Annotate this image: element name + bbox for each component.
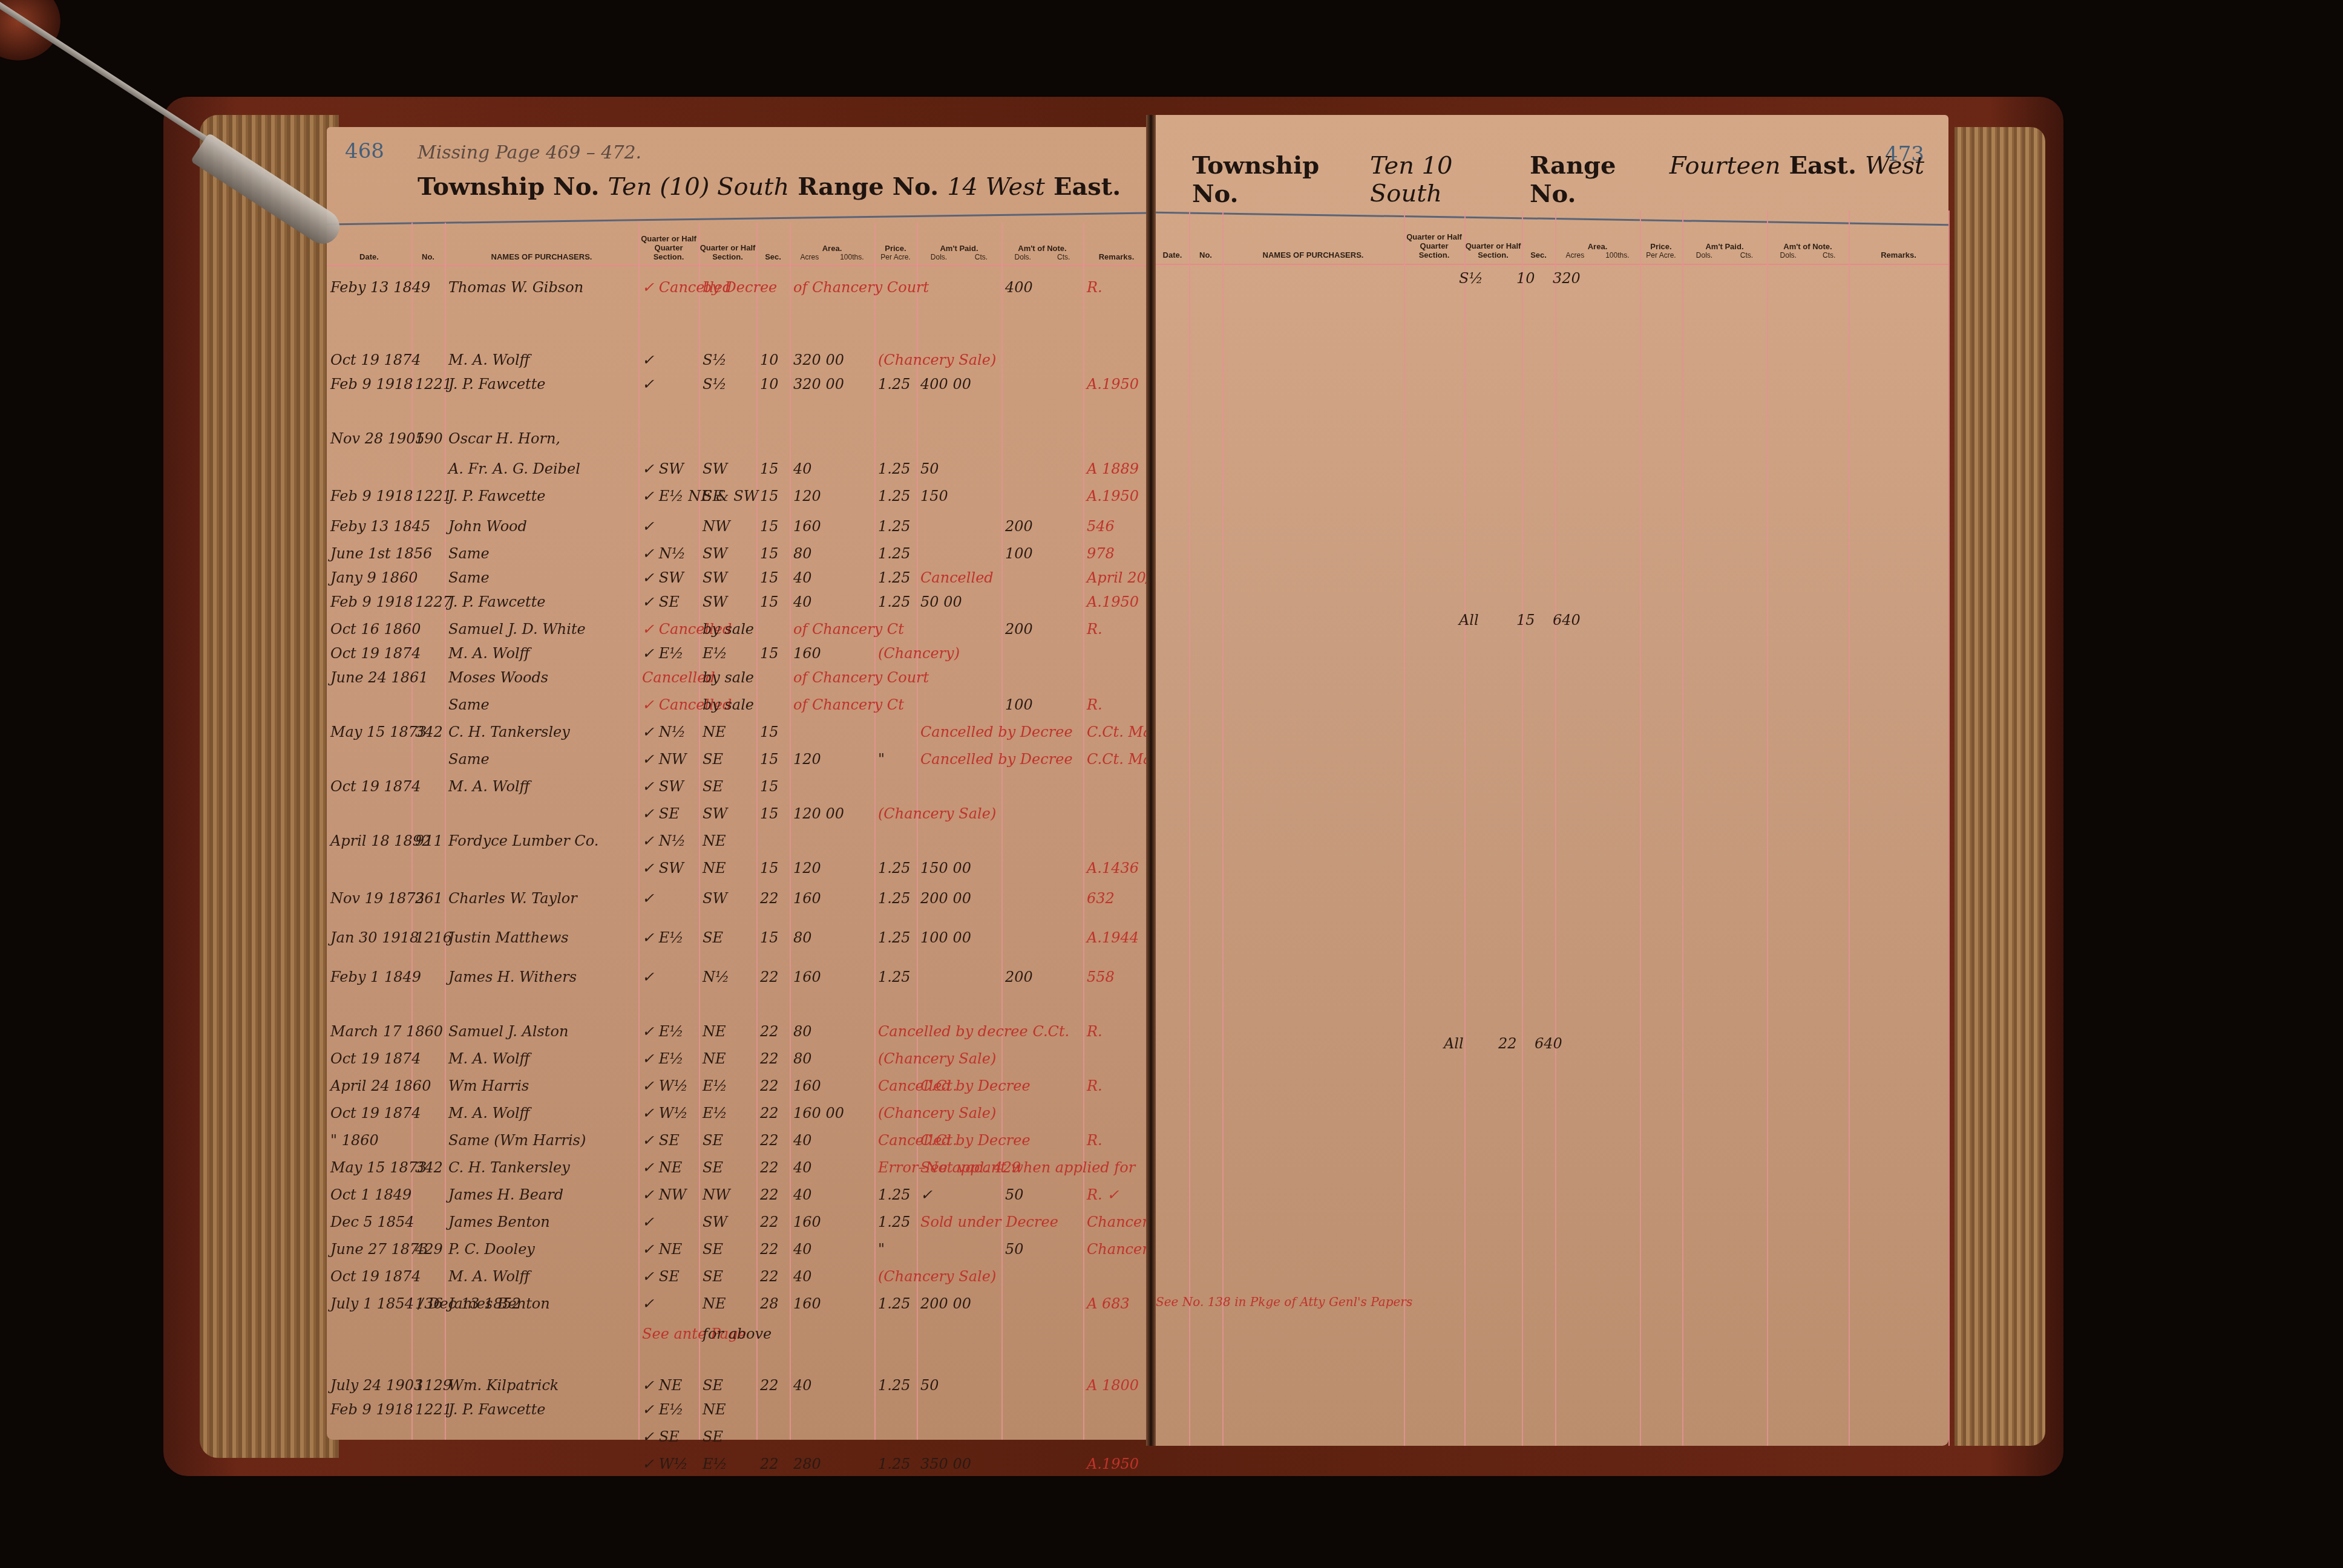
table-row: Feby 13 1849Thomas W. Gibson✓ Cancelledb… [327, 272, 1150, 302]
remarks-cell: A 1889 [1083, 460, 1150, 477]
remarks-cell: A 1800 [1083, 1377, 1150, 1394]
paid-cell: 200 00 [917, 1295, 1001, 1312]
remarks-cell: Chancery Court May 13/93 [1083, 1214, 1150, 1230]
qh-cell: by Decree [699, 279, 756, 296]
date-cell: Oct 1 1849 [327, 1186, 411, 1203]
column-sublabel: 100ths. [840, 253, 863, 261]
sec-cell: 28 [756, 1295, 790, 1312]
date-cell: Feb 9 1918 [327, 1401, 411, 1418]
column-header-paid: Am't Paid.Dols.Cts. [1682, 221, 1767, 263]
sec-cell: 15 [756, 518, 790, 535]
ledger-entry: All 22 640 [1156, 1028, 1948, 1059]
qhq-cell: ✓ SW [638, 569, 699, 586]
sec-cell: 15 [756, 488, 790, 505]
date-cell: June 1st 1856 [327, 545, 411, 562]
acres-cell: of Chancery Court [790, 279, 874, 296]
remarks-cell: A.1950 [1083, 1455, 1150, 1472]
qh-cell: SW [699, 460, 756, 477]
acres-cell: 160 [790, 1077, 874, 1094]
price-cell: (Chancery Sale) [874, 805, 917, 822]
qhq-cell: ✓ SE [638, 1132, 699, 1149]
column-sublabels: Per Acre. [1640, 251, 1682, 260]
table-row: Feb 9 19181221J. P. Fawcette✓ E½NE [327, 1394, 1150, 1425]
remarks-cell: R. [1083, 1077, 1150, 1094]
table-row: See ante Pagefor above [327, 1319, 1150, 1349]
ledger-entry: S½ 10 320 [1156, 263, 1948, 293]
township-value: Ten 10 South [1370, 152, 1521, 207]
paid-cell: 150 [917, 488, 1001, 505]
name-cell: Samuel J. D. White [445, 621, 638, 638]
name-cell: J. P. Fawcette [445, 593, 638, 610]
date-cell: May 15 1873 [327, 1159, 411, 1176]
township-label: Township No. [418, 172, 600, 201]
qh-cell: SE [699, 1132, 756, 1149]
qh-cell: SW [699, 569, 756, 586]
table-row: Feb 9 19181221J. P. Fawcette✓S½10320 001… [327, 369, 1150, 399]
acres-cell: 80 [790, 1050, 874, 1067]
price-cell: 1.25 [874, 1455, 917, 1472]
name-cell: M. A. Wolff [445, 351, 638, 368]
sec-cell: 22 [756, 1241, 790, 1258]
remarks-cell: Chancery Sale Oct 1/75 [1083, 1241, 1150, 1258]
sec-cell: 22 [756, 1455, 790, 1472]
column-header-qh: Quarter or Half Section. [1464, 221, 1522, 263]
name-cell: John Wood [445, 518, 638, 535]
township-value: Ten (10) South [608, 173, 790, 201]
section-cell: 22 [1495, 1035, 1517, 1052]
qhq-cell: ✓ [638, 969, 699, 985]
acres-cell: 80 [790, 929, 874, 946]
column-label: Date. [1163, 250, 1182, 260]
table-row: Oct 19 1874M. A. Wolff✓ SWSE15 [327, 771, 1150, 802]
name-cell: J. P. Fawcette [445, 1401, 638, 1418]
name-cell: Same [445, 545, 638, 562]
price-cell: Error–Not vacant when applied for [874, 1159, 917, 1176]
paid-cell: C.Ct. [917, 1077, 1001, 1094]
table-row: Same✓ NWSE15120"Cancelled by DecreeC.Ct.… [327, 744, 1150, 774]
column-sublabel: Dols. [931, 253, 947, 261]
paid-cell: 100 00 [917, 929, 1001, 946]
acres-cell: 120 [790, 860, 874, 877]
table-row: Oct 19 1874M. A. Wolff✓ W½E½22160 00(Cha… [327, 1098, 1150, 1128]
qhq-cell: ✓ W½ [638, 1455, 699, 1472]
qh-cell: SW [699, 1214, 756, 1230]
name-cell: C. H. Tankersley [445, 724, 638, 740]
qh-cell: NE [699, 832, 756, 849]
date-cell: March 17 1860 [327, 1023, 411, 1040]
acres-cell: 40 [790, 1132, 874, 1149]
column-header-paid: Am't Paid.Dols.Cts. [917, 223, 1001, 265]
table-row: Nov 19 1873261Charles W. Taylor✓SW221601… [327, 883, 1150, 913]
table-row: April 18 1892911Fordyce Lumber Co.✓ N½NE [327, 826, 1150, 856]
paid-cell: C.Ct. [917, 1132, 1001, 1149]
date-cell: Feby 13 1849 [327, 279, 411, 296]
qh-cell: by sale [699, 621, 756, 638]
column-label: Am't Paid. [940, 244, 978, 253]
note-cell: 50 [1001, 1186, 1083, 1203]
table-row: Oct 19 1874M. A. Wolff✓ SESE2240(Chancer… [327, 1261, 1150, 1292]
qhq-cell: ✓ SE [638, 593, 699, 610]
date-cell: July 1 1854 / Dec 13 1852 [327, 1295, 411, 1312]
column-header-qhq: Quarter or Half Quarter Section. [638, 223, 699, 265]
date-cell: Oct 19 1874 [327, 1105, 411, 1122]
ledger-entry: All 15 640 [1156, 605, 1948, 635]
qhq-cell: ✓ NW [638, 1186, 699, 1203]
price-cell: (Chancery Sale) [874, 1105, 917, 1122]
name-cell: Samuel J. Alston [445, 1023, 638, 1040]
no-cell: 911 [411, 832, 445, 849]
qh-cell: SE [699, 751, 756, 768]
table-row: March 17 1860Samuel J. Alston✓ E½NE2280C… [327, 1016, 1150, 1047]
column-label: No. [422, 252, 434, 261]
qh-cell: E½ [699, 1455, 756, 1472]
acres-cell: 40 [790, 593, 874, 610]
acres-cell: 320 00 [790, 351, 874, 368]
paid-cell: 200 00 [917, 890, 1001, 907]
column-label: NAMES OF PURCHASERS. [491, 252, 592, 261]
date-cell: April 24 1860 [327, 1077, 411, 1094]
range-value: 14 West [947, 173, 1045, 201]
name-cell: Oscar H. Horn, [445, 430, 638, 447]
qhq-cell: ✓ [638, 351, 699, 368]
qh-cell: S½ [699, 376, 756, 393]
column-label: Remarks. [1099, 252, 1135, 261]
qhq-cell: ✓ E½ [638, 929, 699, 946]
ledger-rows: Feby 13 1849Thomas W. Gibson✓ Cancelledb… [327, 272, 1150, 1440]
qhq-cell: ✓ Cancelled [638, 279, 699, 296]
half-section-cell: All [1440, 1035, 1464, 1052]
table-row: " 1860Same (Wm Harris)✓ SESE2240Cancelle… [327, 1125, 1150, 1155]
acres-cell: 80 [790, 1023, 874, 1040]
qhq-cell: ✓ NE [638, 1241, 699, 1258]
price-cell: 1.25 [874, 890, 917, 907]
column-header-no: No. [411, 223, 445, 265]
column-label: Area. [822, 244, 842, 253]
name-cell: Fordyce Lumber Co. [445, 832, 638, 849]
price-cell: (Chancery) [874, 645, 917, 662]
qhq-cell: ✓ E½ [638, 1023, 699, 1040]
table-row: ✓ SWNE151201.25150 00A.1436 [327, 853, 1150, 883]
table-row: June 27 1873429P. C. Dooley✓ NESE2240"50… [327, 1234, 1150, 1264]
qhq-cell: ✓ [638, 1295, 699, 1312]
acres-cell: 40 [790, 1377, 874, 1394]
paid-cell: 150 00 [917, 860, 1001, 877]
qhq-cell: ✓ E½ [638, 1050, 699, 1067]
price-cell: 1.25 [874, 518, 917, 535]
name-cell: Moses Woods [445, 669, 638, 686]
column-header-row: Date.No.NAMES OF PURCHASERS.Quarter or H… [1156, 221, 1948, 263]
remarks-cell: A 683 [1083, 1295, 1150, 1312]
sec-cell: 22 [756, 1132, 790, 1149]
date-cell: Feb 9 1918 [327, 488, 411, 505]
name-cell: Charles W. Taylor [445, 890, 638, 907]
name-cell: M. A. Wolff [445, 645, 638, 662]
date-cell: " 1860 [327, 1132, 411, 1149]
left-ledger-page: 468 Missing Page 469 – 472. Township No.… [327, 127, 1150, 1440]
acres-cell: 320 [1549, 270, 1581, 287]
no-cell: 1227 [411, 593, 445, 610]
price-cell: 1.25 [874, 460, 917, 477]
section-cell: 10 [1513, 270, 1535, 287]
no-cell: 1221 [411, 1401, 445, 1418]
price-cell: Cancelled by Decree [874, 1132, 917, 1149]
qhq-cell: ✓ [638, 890, 699, 907]
paid-cell: Cancelled [917, 569, 1001, 586]
qhq-cell: ✓ W½ [638, 1105, 699, 1122]
name-cell: Wm Harris [445, 1077, 638, 1094]
column-sublabel: Dols. [1780, 251, 1797, 260]
date-cell: April 18 1892 [327, 832, 411, 849]
column-label: Remarks. [1881, 250, 1916, 260]
qh-cell: S½ [699, 351, 756, 368]
qhq-cell: ✓ NE [638, 1159, 699, 1176]
table-row: May 15 1873342C. H. Tankersley✓ NESE2240… [327, 1152, 1150, 1183]
column-sublabels: Dols.Cts. [1682, 251, 1767, 260]
acres-cell: 40 [790, 460, 874, 477]
note-cell: 200 [1001, 621, 1083, 638]
qhq-cell: ✓ E½ [638, 1401, 699, 1418]
acres-cell: 40 [790, 1268, 874, 1285]
name-cell: J. P. Fawcette [445, 488, 638, 505]
missing-pages-note: Missing Page 469 – 472. [418, 142, 641, 163]
column-header-date: Date. [1156, 221, 1189, 263]
remarks-cell: R. [1083, 1132, 1150, 1149]
page-title: Township No. Ten (10) South Range No. 14… [418, 172, 1126, 215]
note-cell: 50 [1001, 1241, 1083, 1258]
paid-cell: See appl. 429 [917, 1159, 1001, 1176]
acres-cell: 640 [1531, 1035, 1562, 1052]
date-cell: Oct 19 1874 [327, 351, 411, 368]
qhq-cell: ✓ [638, 376, 699, 393]
qh-cell: for above [699, 1325, 756, 1342]
qh-cell: E½ [699, 1077, 756, 1094]
qh-cell: by sale [699, 669, 756, 686]
acres-cell: 160 [790, 1214, 874, 1230]
acres-cell: 40 [790, 569, 874, 586]
price-cell: 1.25 [874, 860, 917, 877]
table-row: Jan 30 19181216Justin Matthews✓ E½SE1580… [327, 923, 1150, 953]
column-label: Am't of Note. [1783, 242, 1832, 251]
table-row: Feby 1 1849James H. Withers✓N½221601.252… [327, 962, 1150, 992]
acres-cell: of Chancery Ct [790, 621, 874, 638]
table-row: May 15 1873342C. H. Tankersley✓ N½NE15Ca… [327, 717, 1150, 747]
qhq-cell: See ante Page [638, 1325, 699, 1342]
acres-cell: 160 [790, 1295, 874, 1312]
qh-cell: NE [699, 1295, 756, 1312]
ledger-entries: S½ 10 320 All 15 640 All 22 640 See No. … [1156, 260, 1948, 1446]
acres-cell: 120 [790, 488, 874, 505]
remarks-cell: A.1950 [1083, 488, 1150, 505]
qh-cell: SW [699, 593, 756, 610]
acres-cell: 160 [790, 518, 874, 535]
paid-cell: Cancelled by Decree [917, 724, 1001, 740]
qh-cell: NE [699, 860, 756, 877]
name-cell: Wm. Kilpatrick [445, 1377, 638, 1394]
no-cell: 1216 [411, 929, 445, 946]
no-cell: 261 [411, 890, 445, 907]
date-cell: Oct 16 1860 [327, 621, 411, 638]
paid-cell: 50 [917, 460, 1001, 477]
qh-cell: NE [699, 724, 756, 740]
right-ledger-page: 473 Township No. Ten 10 South Range No. … [1156, 115, 1948, 1446]
column-sublabels: Acres100ths. [1555, 251, 1640, 260]
column-sublabel: Cts. [1823, 251, 1835, 260]
column-header-qhq: Quarter or Half Quarter Section. [1404, 221, 1464, 263]
date-cell: June 27 1873 [327, 1241, 411, 1258]
column-header-acres: Area.Acres100ths. [1555, 221, 1640, 263]
qh-cell: SE [699, 1268, 756, 1285]
remarks-cell: A.1950 [1083, 376, 1150, 393]
date-cell: Jany 9 1860 [327, 569, 411, 586]
date-cell: Nov 19 1873 [327, 890, 411, 907]
name-cell: M. A. Wolff [445, 1105, 638, 1122]
price-cell: 1.25 [874, 569, 917, 586]
name-cell: Same [445, 751, 638, 768]
column-label: Quarter or Half Quarter Section. [638, 234, 699, 261]
price-cell: 1.25 [874, 1377, 917, 1394]
column-label: Date. [359, 252, 379, 261]
name-cell: Thomas W. Gibson [445, 279, 638, 296]
sec-cell: 22 [756, 890, 790, 907]
table-row: June 24 1861Moses WoodsCancelledby saleo… [327, 662, 1150, 693]
no-cell: 429 [411, 1241, 445, 1258]
column-label: Price. [885, 244, 906, 253]
date-cell: Oct 19 1874 [327, 1268, 411, 1285]
sec-cell: 15 [756, 751, 790, 768]
book-gutter [1146, 115, 1156, 1446]
qhq-cell: ✓ NE [638, 1377, 699, 1394]
remarks-cell: A.1944 [1083, 929, 1150, 946]
remarks-cell: A.1436 [1083, 860, 1150, 877]
note-cell: 200 [1001, 969, 1083, 985]
date-cell: Feby 13 1845 [327, 518, 411, 535]
qhq-cell: ✓ E½ [638, 645, 699, 662]
qhq-cell: ✓ [638, 1214, 699, 1230]
no-cell: 1221 [411, 488, 445, 505]
table-row: Feby 13 1845John Wood✓NW151601.25200546 [327, 511, 1150, 541]
acres-cell: 280 [790, 1455, 874, 1472]
column-sublabels: Dols.Cts. [1767, 251, 1849, 260]
sec-cell: 15 [756, 805, 790, 822]
price-cell: 1.25 [874, 593, 917, 610]
column-label: Sec. [765, 252, 781, 261]
sec-cell: 15 [756, 929, 790, 946]
acres-cell: of Chancery Ct [790, 696, 874, 713]
qh-cell: SE [699, 778, 756, 795]
direction-label: East. [1054, 172, 1121, 201]
table-row: ✓ W½E½222801.25350 00A.1950 [327, 1449, 1150, 1479]
half-section-cell: S½ [1455, 270, 1483, 287]
note-cell: 200 [1001, 518, 1083, 535]
qhq-cell: ✓ W½ [638, 1077, 699, 1094]
column-label: Am't of Note. [1018, 244, 1066, 253]
qh-cell: by sale [699, 696, 756, 713]
acres-cell: 160 00 [790, 1105, 874, 1122]
qhq-cell: ✓ N½ [638, 724, 699, 740]
page-edges-left [200, 115, 339, 1458]
sec-cell: 22 [756, 1377, 790, 1394]
sec-cell: 22 [756, 1159, 790, 1176]
column-sublabel: 100ths. [1605, 251, 1629, 260]
column-label: Quarter or Half Section. [1464, 241, 1522, 260]
column-rule [1948, 211, 1950, 1446]
acres-cell: 40 [790, 1241, 874, 1258]
date-cell: Oct 19 1874 [327, 1050, 411, 1067]
date-cell: May 15 1873 [327, 724, 411, 740]
qhq-cell: ✓ SE [638, 805, 699, 822]
name-cell: Same [445, 696, 638, 713]
name-cell: J. P. Fawcette [445, 376, 638, 393]
table-row: A. Fr. A. G. Deibel✓ SWSW15401.2550A 188… [327, 454, 1150, 484]
date-cell: Feb 9 1918 [327, 376, 411, 393]
price-cell: 1.25 [874, 929, 917, 946]
remarks-cell: A.1950 [1083, 593, 1150, 610]
qhq-cell: ✓ Cancelled [638, 696, 699, 713]
column-label: Am't Paid. [1705, 242, 1743, 251]
half-section-cell: All [1455, 612, 1479, 629]
paid-cell: Cancelled by Decree [917, 751, 1001, 768]
paid-cell: 350 00 [917, 1455, 1001, 1472]
table-row: Nov 28 1905190Oscar H. Horn, [327, 423, 1150, 454]
column-label: Quarter or Half Quarter Section. [1404, 232, 1464, 260]
column-sublabels: Dols.Cts. [1001, 253, 1083, 261]
page-edges-right [1955, 127, 2045, 1446]
column-label: Sec. [1530, 250, 1547, 260]
no-cell: 190 [411, 430, 445, 447]
column-label: No. [1199, 250, 1212, 260]
column-sublabel: Dols. [1015, 253, 1031, 261]
qhq-cell: ✓ SW [638, 460, 699, 477]
price-cell: 1.25 [874, 969, 917, 985]
date-cell: Nov 28 1905 [327, 430, 411, 447]
header-rule [327, 265, 1150, 266]
name-cell: C. H. Tankersley [445, 1159, 638, 1176]
name-cell: P. C. Dooley [445, 1241, 638, 1258]
acres-cell: 120 00 [790, 805, 874, 822]
price-cell: 1.25 [874, 1186, 917, 1203]
direction-correction: West [1865, 152, 1924, 180]
column-label: NAMES OF PURCHASERS. [1263, 250, 1364, 260]
note-cell: 100 [1001, 545, 1083, 562]
price-cell: 1.25 [874, 1295, 917, 1312]
no-cell: 342 [411, 1159, 445, 1176]
column-sublabel: Dols. [1696, 251, 1712, 260]
column-sublabel: Cts. [1740, 251, 1753, 260]
remarks-cell: April 20/74 [1083, 569, 1150, 586]
column-header-qh: Quarter or Half Section. [699, 223, 756, 265]
column-label: Price. [1650, 242, 1671, 251]
date-cell: Dec 5 1854 [327, 1214, 411, 1230]
sec-cell: 22 [756, 1186, 790, 1203]
qhq-cell: ✓ E½ NE & SW [638, 488, 699, 505]
date-cell: Oct 19 1874 [327, 778, 411, 795]
direction-label: East. [1789, 151, 1856, 180]
sec-cell: 15 [756, 778, 790, 795]
price-cell: Cancelled by decree C.Ct. [874, 1023, 917, 1040]
acres-cell: 120 [790, 751, 874, 768]
paid-cell: 50 00 [917, 593, 1001, 610]
column-header-note: Am't of Note.Dols.Cts. [1001, 223, 1083, 265]
qhq-cell: ✓ SW [638, 860, 699, 877]
qh-cell: SE [699, 1159, 756, 1176]
sec-cell: 22 [756, 969, 790, 985]
remarks-cell: 978 [1083, 545, 1150, 562]
qh-cell: N½ [699, 969, 756, 985]
sec-cell: 15 [756, 860, 790, 877]
no-cell: 136 [411, 1295, 445, 1312]
page-title: Township No. Ten 10 South Range No. Four… [1192, 151, 1924, 194]
qh-cell: SW [699, 545, 756, 562]
